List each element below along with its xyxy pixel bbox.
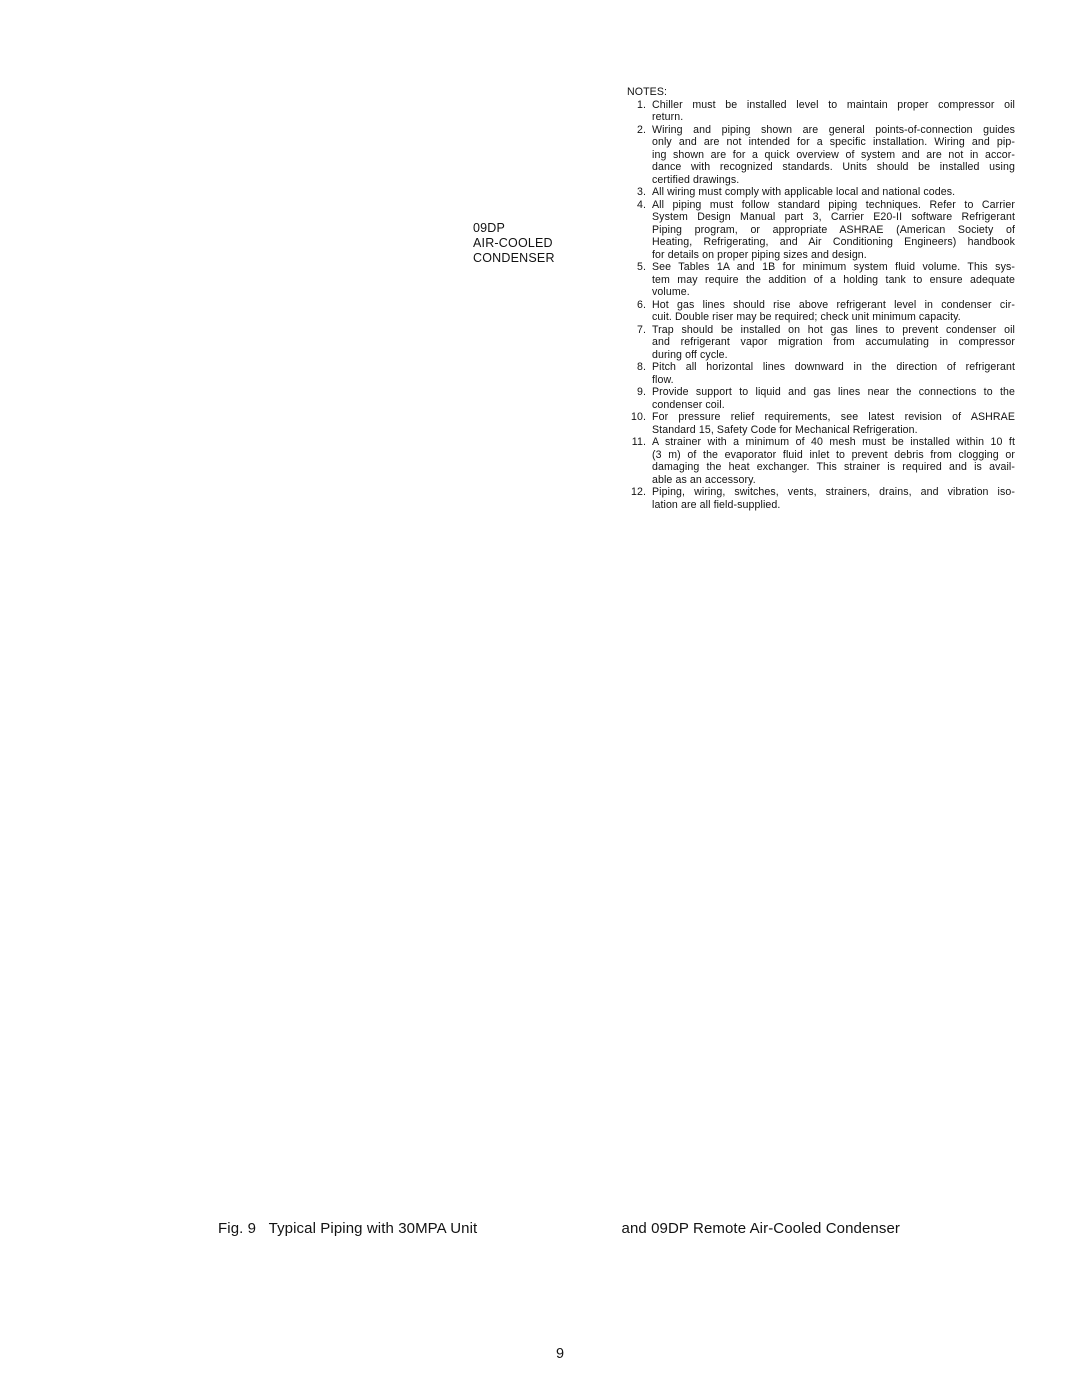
note-line: damaging the heat exchanger. This strain…: [652, 461, 1015, 474]
figure-label-line: CONDENSER: [473, 251, 555, 266]
note-line: able as an accessory.: [652, 474, 1015, 487]
note-line: tem may require the addition of a holdin…: [652, 274, 1015, 287]
notes-section: NOTES: 1.Chiller must be installed level…: [627, 86, 1015, 511]
figure-label-09dp-condenser: 09DP AIR-COOLED CONDENSER: [473, 221, 555, 266]
note-number: 8.: [627, 361, 646, 386]
note-line: Hot gas lines should rise above refriger…: [652, 299, 1015, 312]
figure-label-line: 09DP: [473, 221, 555, 236]
note-item: 1.Chiller must be installed level to mai…: [627, 99, 1015, 124]
document-page: NOTES: 1.Chiller must be installed level…: [0, 0, 1080, 1397]
note-item: 12.Piping, wiring, switches, vents, stra…: [627, 486, 1015, 511]
note-body: Trap should be installed on hot gas line…: [652, 324, 1015, 362]
note-body: Piping, wiring, switches, vents, straine…: [652, 486, 1015, 511]
note-item: 9.Provide support to liquid and gas line…: [627, 386, 1015, 411]
note-number: 6.: [627, 299, 646, 324]
note-number: 12.: [627, 486, 646, 511]
note-body: All wiring must comply with applicable l…: [652, 186, 1015, 199]
figure-caption: Fig. 9 Typical Piping with 30MPA Unit an…: [218, 1220, 900, 1238]
notes-list: 1.Chiller must be installed level to mai…: [627, 99, 1015, 512]
note-line: Pitch all horizontal lines downward in t…: [652, 361, 1015, 374]
note-body: Provide support to liquid and gas lines …: [652, 386, 1015, 411]
note-line: All piping must follow standard piping t…: [652, 199, 1015, 212]
note-item: 6.Hot gas lines should rise above refrig…: [627, 299, 1015, 324]
note-line: condenser coil.: [652, 399, 1015, 412]
notes-heading: NOTES:: [627, 86, 1015, 99]
note-line: Chiller must be installed level to maint…: [652, 99, 1015, 112]
note-line: A strainer with a minimum of 40 mesh mus…: [652, 436, 1015, 449]
note-line: return.: [652, 111, 1015, 124]
note-line: All wiring must comply with applicable l…: [652, 186, 1015, 199]
note-item: 5.See Tables 1A and 1B for minimum syste…: [627, 261, 1015, 299]
note-line: Heating, Refrigerating, and Air Conditio…: [652, 236, 1015, 249]
note-line: Standard 15, Safety Code for Mechanical …: [652, 424, 1015, 437]
figure-caption-right: and 09DP Remote Air-Cooled Condenser: [622, 1220, 901, 1238]
note-number: 10.: [627, 411, 646, 436]
note-number: 5.: [627, 261, 646, 299]
note-number: 1.: [627, 99, 646, 124]
note-number: 11.: [627, 436, 646, 486]
note-line: Piping, wiring, switches, vents, straine…: [652, 486, 1015, 499]
note-body: See Tables 1A and 1B for minimum system …: [652, 261, 1015, 299]
note-number: 2.: [627, 124, 646, 187]
note-item: 10.For pressure relief requirements, see…: [627, 411, 1015, 436]
note-body: Hot gas lines should rise above refriger…: [652, 299, 1015, 324]
note-line: (3 m) of the evaporator fluid inlet to p…: [652, 449, 1015, 462]
note-line: during off cycle.: [652, 349, 1015, 362]
note-line: Wiring and piping shown are general poin…: [652, 124, 1015, 137]
note-line: dance with recognized standards. Units s…: [652, 161, 1015, 174]
note-line: Piping program, or appropriate ASHRAE (A…: [652, 224, 1015, 237]
note-item: 2.Wiring and piping shown are general po…: [627, 124, 1015, 187]
note-item: 4.All piping must follow standard piping…: [627, 199, 1015, 262]
note-number: 9.: [627, 386, 646, 411]
note-body: All piping must follow standard piping t…: [652, 199, 1015, 262]
note-line: flow.: [652, 374, 1015, 387]
note-item: 11.A strainer with a minimum of 40 mesh …: [627, 436, 1015, 486]
page-number: 9: [510, 1346, 610, 1362]
note-body: Wiring and piping shown are general poin…: [652, 124, 1015, 187]
note-line: For pressure relief requirements, see la…: [652, 411, 1015, 424]
note-body: Chiller must be installed level to maint…: [652, 99, 1015, 124]
note-line: cuit. Double riser may be required; chec…: [652, 311, 1015, 324]
note-line: Provide support to liquid and gas lines …: [652, 386, 1015, 399]
note-number: 3.: [627, 186, 646, 199]
note-body: A strainer with a minimum of 40 mesh mus…: [652, 436, 1015, 486]
note-number: 7.: [627, 324, 646, 362]
note-item: 8.Pitch all horizontal lines downward in…: [627, 361, 1015, 386]
note-body: For pressure relief requirements, see la…: [652, 411, 1015, 436]
note-line: See Tables 1A and 1B for minimum system …: [652, 261, 1015, 274]
note-line: for details on proper piping sizes and d…: [652, 249, 1015, 262]
note-line: lation are all field-supplied.: [652, 499, 1015, 512]
note-line: volume.: [652, 286, 1015, 299]
note-line: certified drawings.: [652, 174, 1015, 187]
note-line: Trap should be installed on hot gas line…: [652, 324, 1015, 337]
figure-caption-left: Fig. 9 Typical Piping with 30MPA Unit: [218, 1220, 477, 1238]
note-line: and refrigerant vapor migration from acc…: [652, 336, 1015, 349]
note-number: 4.: [627, 199, 646, 262]
note-item: 3.All wiring must comply with applicable…: [627, 186, 1015, 199]
note-line: System Design Manual part 3, Carrier E20…: [652, 211, 1015, 224]
note-item: 7.Trap should be installed on hot gas li…: [627, 324, 1015, 362]
figure-label-line: AIR-COOLED: [473, 236, 555, 251]
note-line: only and are not intended for a specific…: [652, 136, 1015, 149]
note-line: ing shown are for a quick overview of sy…: [652, 149, 1015, 162]
note-body: Pitch all horizontal lines downward in t…: [652, 361, 1015, 386]
